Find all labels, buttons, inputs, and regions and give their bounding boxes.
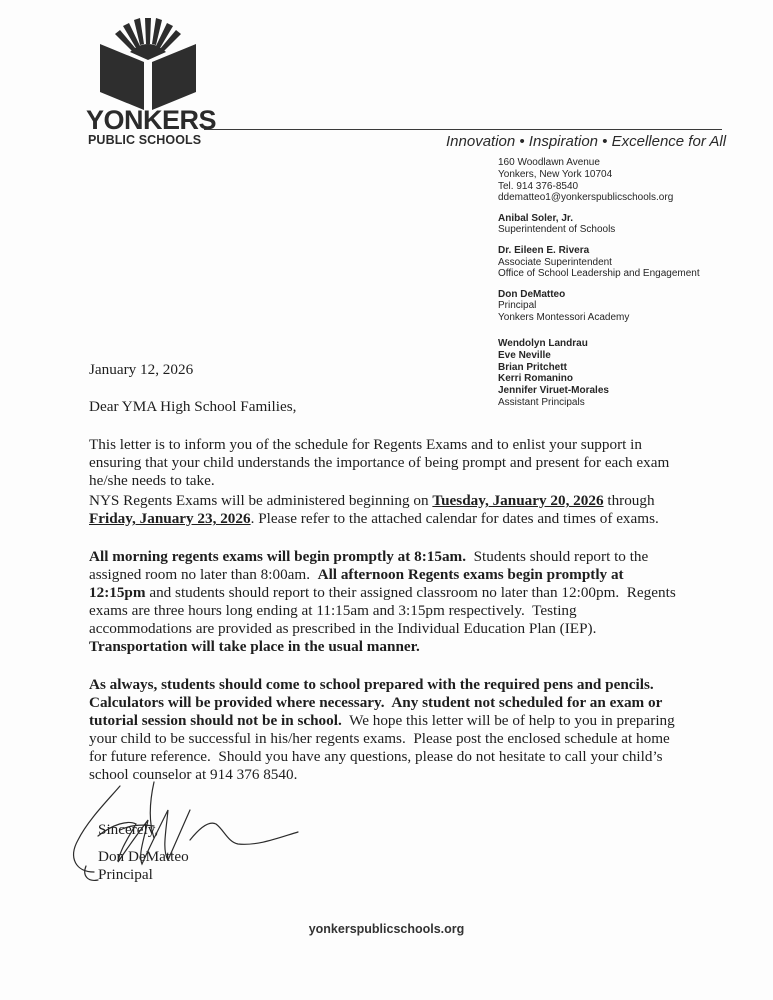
text-line: exams are three hours long ending at 11:… — [89, 602, 714, 620]
text-line: assigned room no later than 8:00am. All … — [89, 566, 714, 584]
text: . Please refer to the attached calendar … — [251, 510, 659, 527]
paragraph-dates: NYS Regents Exams will be administered b… — [89, 492, 714, 528]
yonkers-book-logo-icon — [96, 14, 200, 110]
bold-text: Calculators will be provided where neces… — [89, 694, 714, 712]
text: NYS Regents Exams will be administered b… — [89, 492, 432, 509]
handwritten-signature-icon — [58, 780, 318, 890]
text-line: Friday, January 23, 2026. Please refer t… — [89, 510, 714, 528]
official-title: Yonkers Montessori Academy — [498, 312, 738, 324]
text: Students should report to the — [466, 548, 648, 565]
header-rule — [204, 129, 722, 130]
closing: Sincerely, — [98, 821, 158, 839]
ap-title: Assistant Principals — [498, 397, 738, 409]
text-line: ensuring that your child understands the… — [89, 454, 714, 472]
signer-title: Principal — [98, 866, 153, 884]
text: and students should report to their assi… — [146, 584, 676, 601]
contact-block: 160 Woodlawn Avenue Yonkers, New York 10… — [498, 157, 738, 204]
address-line-2: Yonkers, New York 10704 — [498, 169, 738, 181]
text-line: your child to be successful in his/her r… — [89, 730, 714, 748]
bold-text: All morning regents exams will begin pro… — [89, 548, 466, 565]
email-link[interactable]: ddematteo1@yonkerspublicschools.org — [498, 192, 738, 204]
official-associate-superintendent: Dr. Eileen E. Rivera Associate Superinte… — [498, 245, 738, 280]
bold-text: tutorial session should not be in school… — [89, 712, 342, 729]
logo-subtitle: PUBLIC SCHOOLS — [88, 133, 201, 147]
official-name: Dr. Eileen E. Rivera — [498, 245, 738, 257]
text: We hope this letter will be of help to y… — [342, 712, 675, 729]
assistant-principals: Wendolyn Landrau Eve Neville Brian Pritc… — [498, 338, 738, 409]
paragraph-preparation: As always, students should come to schoo… — [89, 676, 714, 784]
text-line: for future reference. Should you have an… — [89, 748, 714, 766]
official-principal: Don DeMatteo Principal Yonkers Montessor… — [498, 289, 738, 324]
official-title: Principal — [498, 300, 738, 312]
text: assigned room no later than 8:00am. — [89, 566, 318, 583]
text-line: This letter is to inform you of the sche… — [89, 436, 714, 454]
letter-date: January 12, 2026 — [89, 361, 193, 379]
ap-name: Jennifer Viruet-Morales — [498, 385, 738, 397]
official-superintendent: Anibal Soler, Jr. Superintendent of Scho… — [498, 213, 738, 237]
end-date: Friday, January 23, 2026 — [89, 510, 251, 527]
ap-name: Kerri Romanino — [498, 373, 738, 385]
official-title: Office of School Leadership and Engageme… — [498, 268, 738, 280]
text-line: school counselor at 914 376 8540. — [89, 766, 714, 784]
text-line: All morning regents exams will begin pro… — [89, 548, 714, 566]
phone: Tel. 914 376-8540 — [498, 181, 738, 193]
official-title: Superintendent of Schools — [498, 224, 738, 236]
official-title: Associate Superintendent — [498, 257, 738, 269]
text-line: NYS Regents Exams will be administered b… — [89, 492, 714, 510]
tagline: Innovation • Inspiration • Excellence fo… — [446, 133, 726, 150]
text-line: tutorial session should not be in school… — [89, 712, 714, 730]
start-date: Tuesday, January 20, 2026 — [432, 492, 603, 509]
bold-text: As always, students should come to schoo… — [89, 676, 714, 694]
text-line: accommodations are provided as prescribe… — [89, 620, 714, 638]
text: through — [604, 492, 655, 509]
official-name: Anibal Soler, Jr. — [498, 213, 738, 225]
salutation: Dear YMA High School Families, — [89, 398, 296, 416]
paragraph-exam-times: All morning regents exams will begin pro… — [89, 548, 714, 656]
text-line: he/she needs to take. — [89, 472, 714, 490]
paragraph-intro: This letter is to inform you of the sche… — [89, 436, 714, 490]
logo-wordmark: YONKERS — [86, 107, 216, 134]
footer-website-link[interactable]: yonkerspublicschools.org — [0, 922, 773, 936]
ap-name: Brian Pritchett — [498, 362, 738, 374]
bold-text: All afternoon Regents exams begin prompt… — [318, 566, 624, 583]
bold-text: 12:15pm — [89, 584, 146, 601]
signer-name: Don DeMatteo — [98, 848, 189, 866]
bold-text: Transportation will take place in the us… — [89, 638, 714, 656]
ap-name: Eve Neville — [498, 350, 738, 362]
address-line-1: 160 Woodlawn Avenue — [498, 157, 738, 169]
ap-name: Wendolyn Landrau — [498, 338, 738, 350]
text-line: 12:15pm and students should report to th… — [89, 584, 714, 602]
letterhead-sidebar: 160 Woodlawn Avenue Yonkers, New York 10… — [498, 157, 738, 417]
official-name: Don DeMatteo — [498, 289, 738, 301]
